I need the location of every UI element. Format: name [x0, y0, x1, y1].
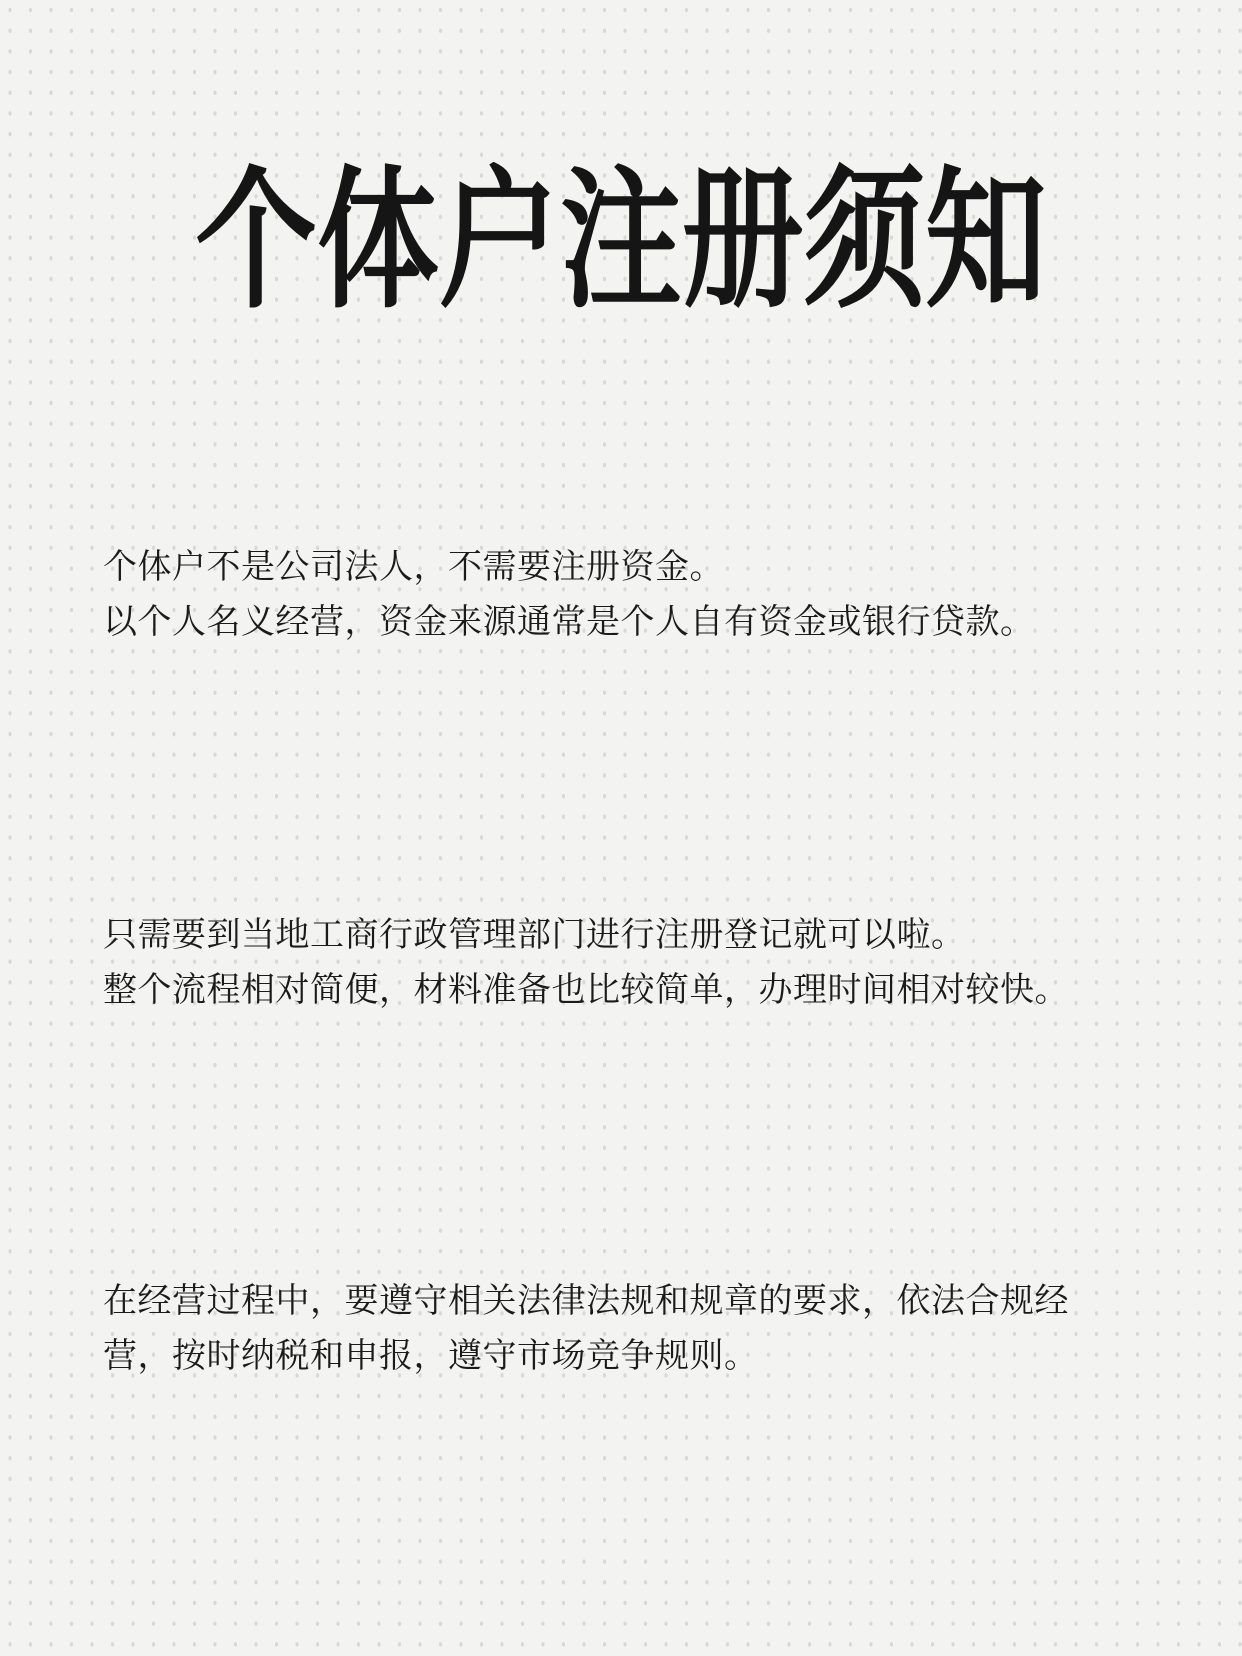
paragraph-registration: 只需要到当地工商行政管理部门进行注册登记就可以啦。 整个流程相对简便，材料准备也…: [103, 908, 1152, 1018]
text-line: 只需要到当地工商行政管理部门进行注册登记就可以啦。: [103, 908, 1152, 963]
text-line: 个体户不是公司法人，不需要注册资金。: [103, 540, 1152, 595]
page-title: 个体户注册须知: [195, 158, 1046, 325]
paragraph-funding: 个体户不是公司法人，不需要注册资金。 以个人名义经营，资金来源通常是个人自有资金…: [103, 540, 1152, 650]
poster-page: 个体户注册须知 个体户不是公司法人，不需要注册资金。 以个人名义经营，资金来源通…: [0, 0, 1242, 1656]
text-line: 整个流程相对简便，材料准备也比较简单，办理时间相对较快。: [103, 963, 1152, 1018]
text-line: 以个人名义经营，资金来源通常是个人自有资金或银行贷款。: [103, 595, 1152, 650]
text-line: 在经营过程中，要遵守相关法律法规和规章的要求，依法合规经: [103, 1274, 1152, 1329]
paragraph-compliance: 在经营过程中，要遵守相关法律法规和规章的要求，依法合规经 营，按时纳税和申报，遵…: [103, 1274, 1152, 1384]
title-container: 个体户注册须知: [0, 158, 1242, 325]
text-line: 营，按时纳税和申报，遵守市场竞争规则。: [103, 1329, 1152, 1384]
